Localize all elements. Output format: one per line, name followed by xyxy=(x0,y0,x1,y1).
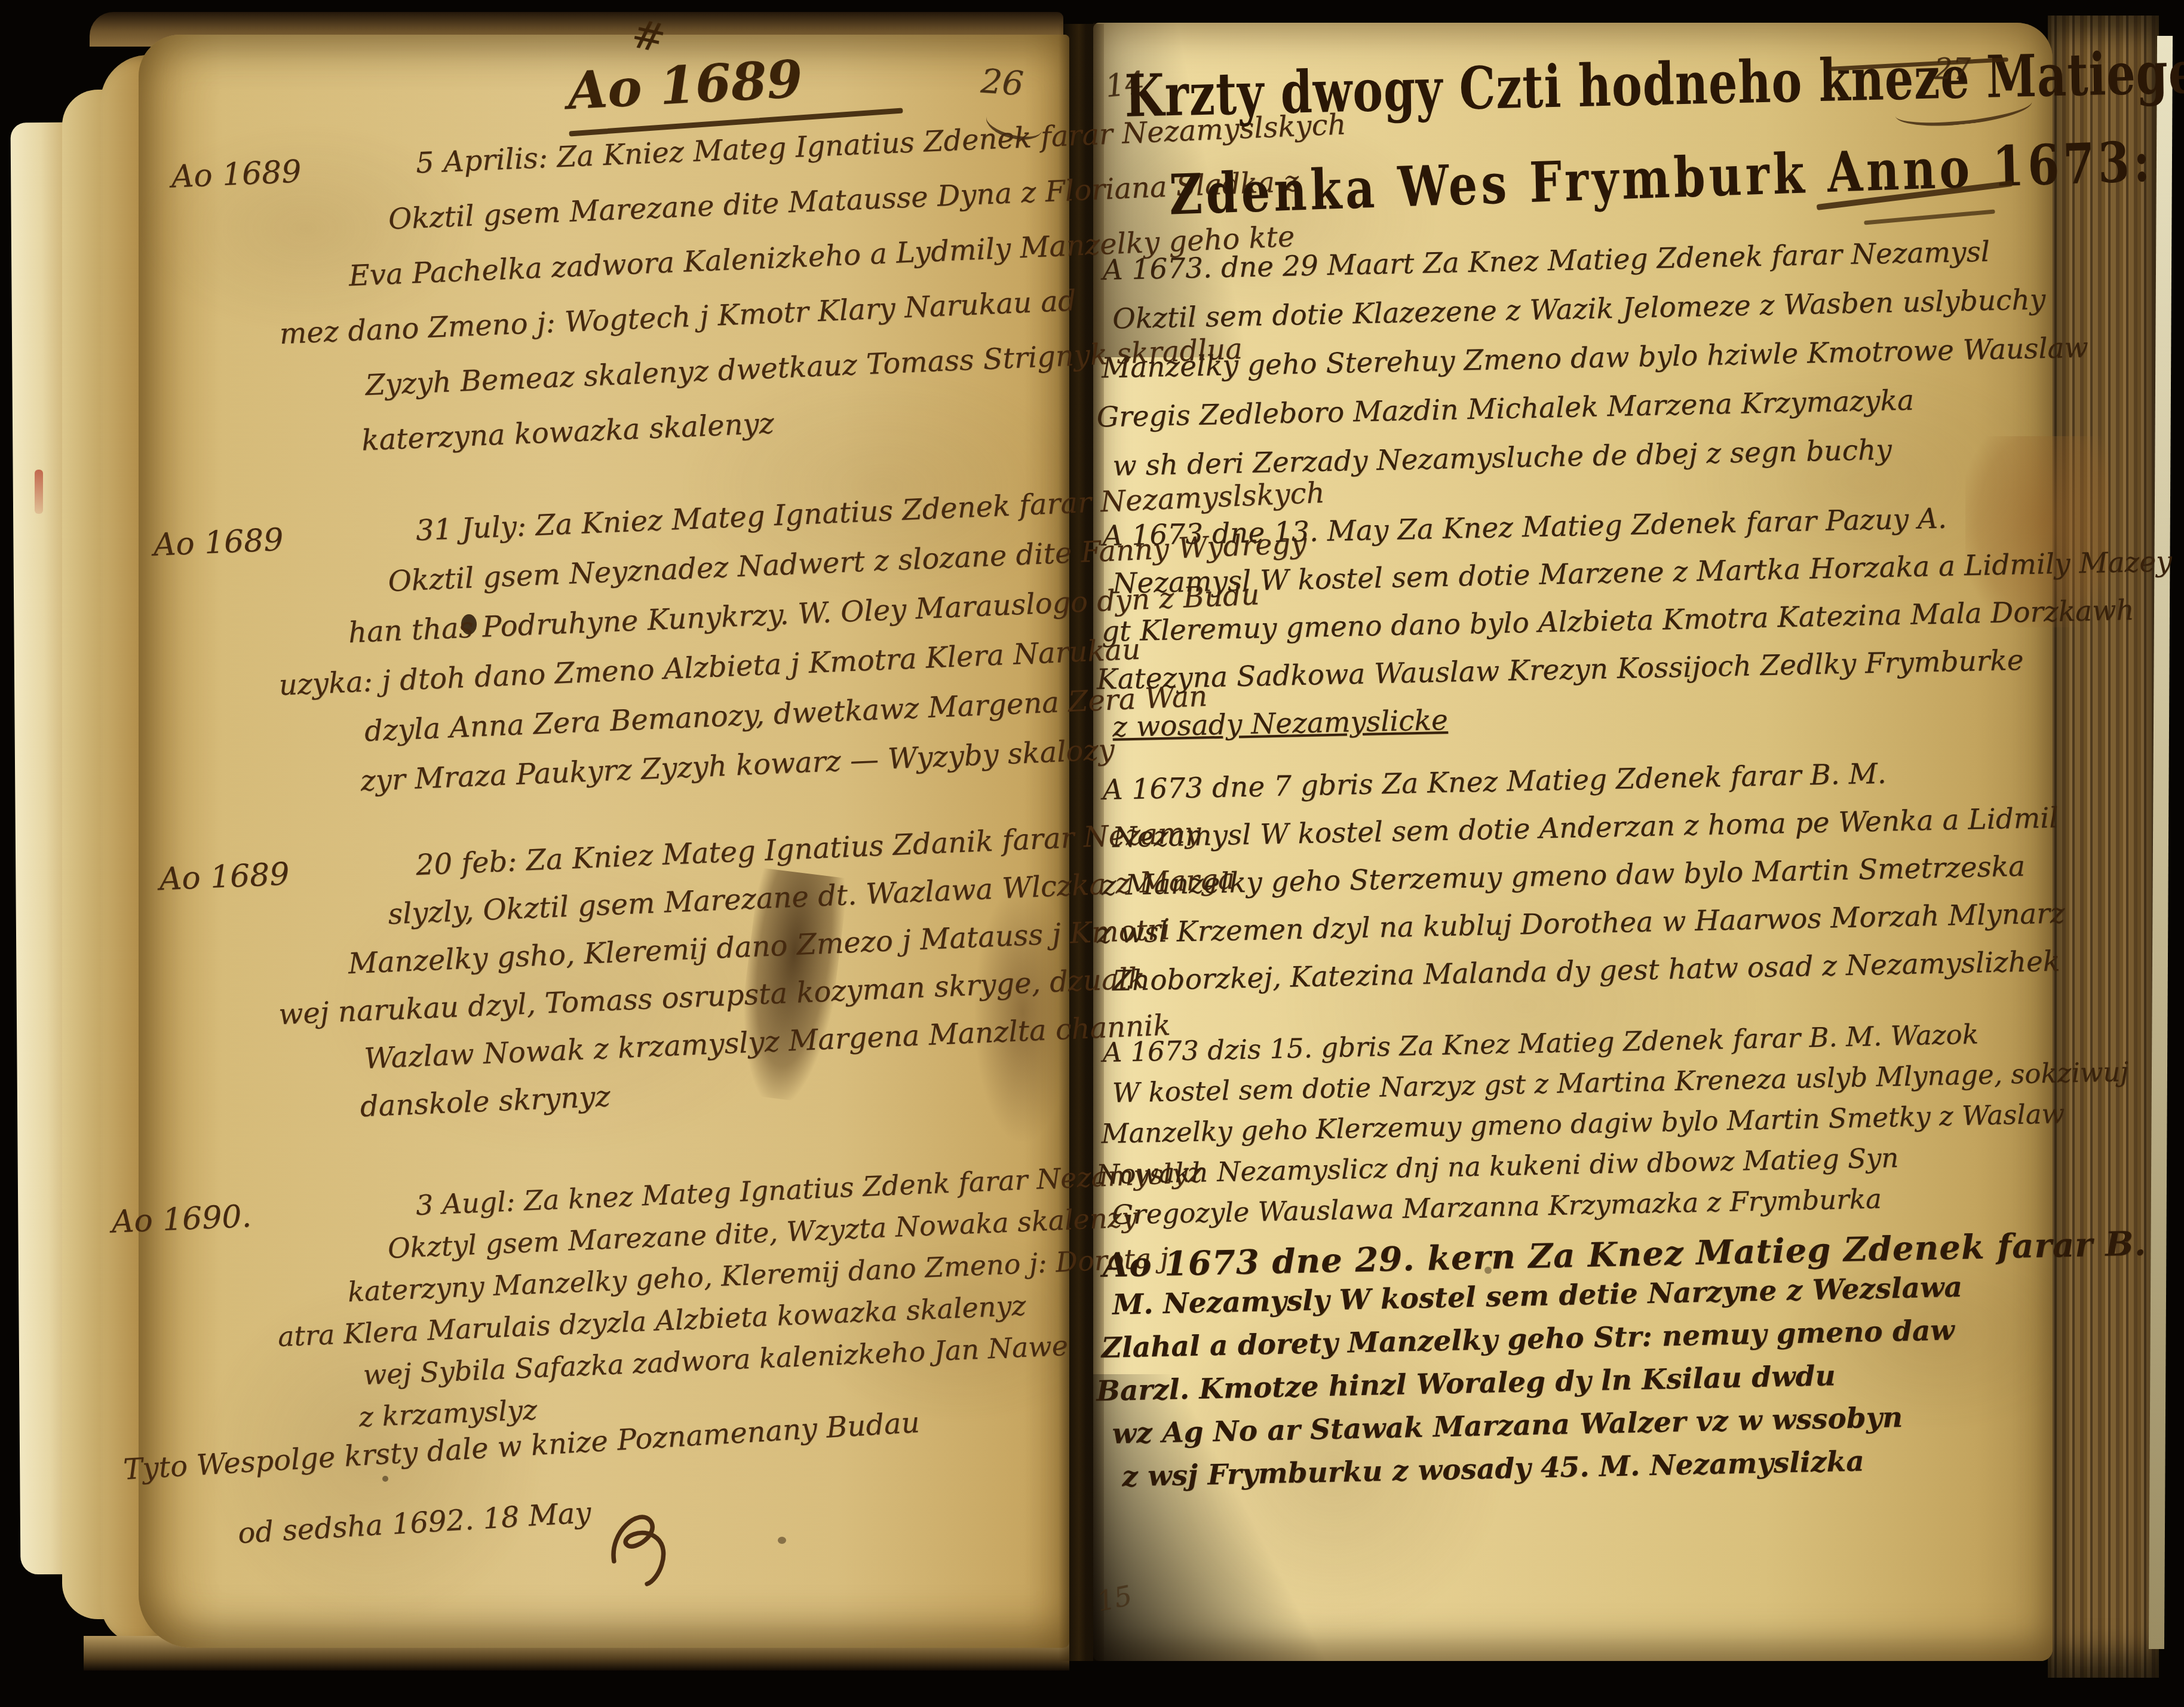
entry-margin-date: Ao 1690. xyxy=(111,1199,253,1240)
red-edge-mark xyxy=(35,470,43,514)
left-page-number: 26 xyxy=(980,62,1025,104)
entry-margin-date: Ao 1689 xyxy=(152,522,284,563)
baptism-entry: A 1673 dzis 15. gbris Za Knez Matieg Zde… xyxy=(1102,1015,2131,1240)
baptism-entry: A 1673. dne 29 Maart Za Knez Matieg Zden… xyxy=(1102,234,2091,499)
baptism-entry: A 1673 dne 7 gbris Za Knez Matieg Zdenek… xyxy=(1102,753,2066,1013)
entry-margin-date: Ao 1689 xyxy=(170,154,302,195)
manuscript-photo: # Ao 1689 26 Ao 1689 5 Aprilis: Za Kniez… xyxy=(0,0,2184,1707)
signature-flourish xyxy=(594,1495,695,1596)
right-page-number: 27 xyxy=(1934,53,1971,86)
entry-margin-date: Ao 1689 xyxy=(158,856,290,897)
baptism-entry: A 1673 dne 13. May Za Knez Matieg Zdenek… xyxy=(1102,498,2176,759)
baptism-entry: Ao 1673 dne 29. kern Za Knez Matieg Zden… xyxy=(1102,1224,2151,1504)
left-page-heading-year: Ao 1689 xyxy=(566,49,804,121)
baptism-entry: Ao 1690. 3 Augl: Za knez Mateg Ignatius … xyxy=(349,1156,1211,1442)
